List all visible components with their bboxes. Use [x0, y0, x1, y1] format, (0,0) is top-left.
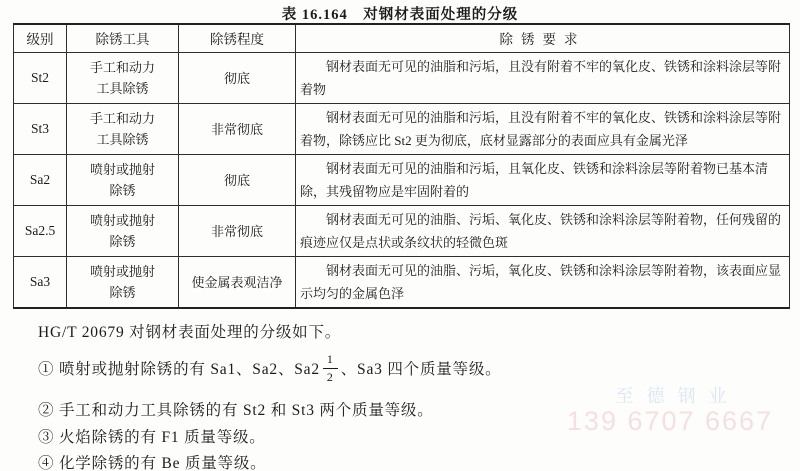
note-item-1: ① 喷射或抛射除锈的有 Sa1、Sa2、Sa2 1 2 、Sa3 四个质量等级。 [38, 346, 501, 390]
table-row-st2: St2 手工和动力 工具除锈 彻底 钢材表面无可见的油脂和污垢，且没有附着不牢的… [14, 52, 790, 103]
degree-cell: 彻底 [179, 154, 296, 205]
grade-cell: Sa2 [14, 154, 67, 205]
fraction-numerator: 1 [323, 352, 338, 369]
fraction-denominator: 2 [327, 369, 334, 385]
table-row-sa2-5: Sa2.5 喷射或抛射 除锈 非常彻底 钢材表面无可见的油脂、污垢、氧化皮、铁锈… [14, 205, 790, 256]
tool-cell: 手工和动力 工具除锈 [67, 52, 179, 103]
tool-cell: 喷射或抛射 除锈 [67, 154, 179, 205]
grade-cell: Sa3 [14, 256, 67, 308]
degree-cell: 非常彻底 [179, 205, 296, 256]
requirement-cell: 钢材表面无可见的油脂和污垢，且没有附着不牢的氧化皮、铁锈和涂料涂层等附着物 [296, 52, 790, 103]
col-header-requirement: 除锈要求 [296, 24, 790, 52]
watermark-phone-number: 139 6707 6667 [560, 406, 780, 437]
col-header-degree: 除锈程度 [179, 24, 296, 52]
tool-cell: 手工和动力 工具除锈 [67, 103, 179, 154]
requirement-cell: 钢材表面无可见的油脂、污垢，氧化皮、铁锈和涂料涂层等附着物，该表面应显示均匀的金… [296, 256, 790, 308]
table-row-st3: St3 手工和动力 工具除锈 非常彻底 钢材表面无可见的油脂和污垢，且没有附着不… [14, 103, 790, 154]
grade-cell: St3 [14, 103, 67, 154]
grade-cell: St2 [14, 52, 67, 103]
table-header-row: 级别 除锈工具 除锈程度 除锈要求 [14, 24, 790, 52]
grade-cell: Sa2.5 [14, 205, 67, 256]
note-item-4: ④ 化学除锈的有 Be 质量等级。 [38, 451, 266, 471]
tool-cell: 喷射或抛射 除锈 [67, 256, 179, 308]
document-page: 表 16.164 对钢材表面处理的分级 级别 除锈工具 除锈程度 除锈要求 St… [0, 0, 800, 471]
fraction-one-half: 1 2 [323, 352, 338, 385]
watermark-company-name: 至德钢业 [585, 382, 770, 408]
note-item-3: ③ 火焰除锈的有 F1 质量等级。 [38, 425, 266, 447]
table-title: 表 16.164 对钢材表面处理的分级 [0, 3, 800, 24]
col-header-tool: 除锈工具 [67, 24, 179, 52]
tool-cell: 喷射或抛射 除锈 [67, 205, 179, 256]
col-header-grade: 级别 [14, 24, 67, 52]
note-item-1-suffix: 、Sa3 四个质量等级。 [341, 357, 502, 379]
notes-intro: HG/T 20679 对钢材表面处理的分级如下。 [38, 320, 341, 342]
degree-cell: 使金属表观洁净 [179, 256, 296, 308]
note-item-2: ② 手工和动力工具除锈的有 St2 和 St3 两个质量等级。 [38, 398, 434, 420]
requirement-cell: 钢材表面无可见的油脂和污垢，且没有附着不牢的氧化皮、铁锈和涂料涂层等附着物，除锈… [296, 103, 790, 154]
degree-cell: 非常彻底 [179, 103, 296, 154]
table-row-sa3: Sa3 喷射或抛射 除锈 使金属表观洁净 钢材表面无可见的油脂、污垢，氧化皮、铁… [14, 256, 790, 308]
note-item-1-prefix: ① 喷射或抛射除锈的有 Sa1、Sa2、Sa2 [38, 357, 320, 379]
surface-treatment-grade-table: 级别 除锈工具 除锈程度 除锈要求 St2 手工和动力 工具除锈 彻底 钢材表面… [13, 23, 790, 309]
table-row-sa2: Sa2 喷射或抛射 除锈 彻底 钢材表面无可见的油脂和污垢，且氧化皮、铁锈和涂料… [14, 154, 790, 205]
requirement-cell: 钢材表面无可见的油脂和污垢，且氧化皮、铁锈和涂料涂层等附着物已基本清除，其残留物… [296, 154, 790, 205]
requirement-cell: 钢材表面无可见的油脂、污垢、氧化皮、铁锈和涂料涂层等附着物，任何残留的痕迹应仅是… [296, 205, 790, 256]
degree-cell: 彻底 [179, 52, 296, 103]
